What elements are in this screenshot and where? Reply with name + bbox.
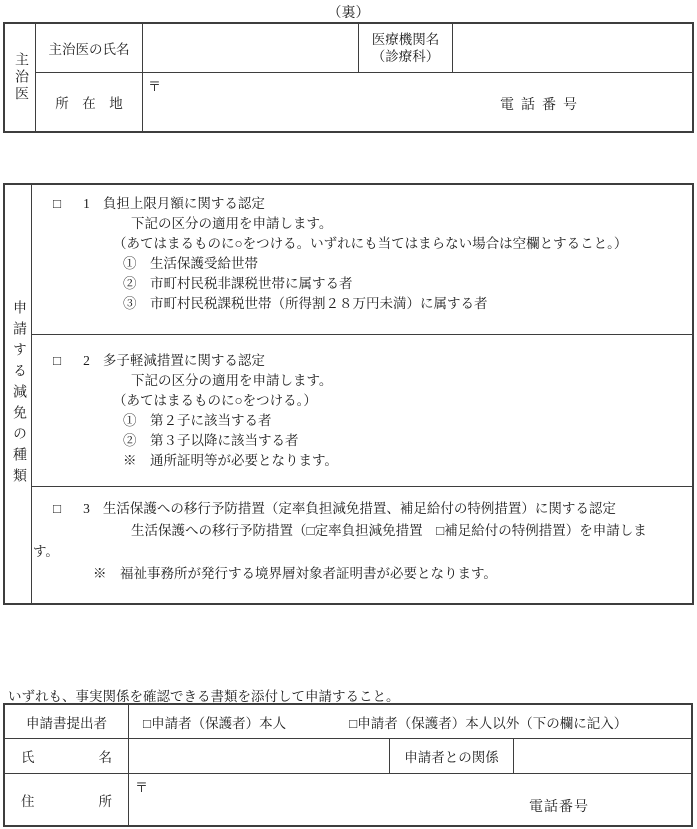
submitter-option-self[interactable]: □申請者（保護者）本人 <box>143 712 286 732</box>
submitter-option-other[interactable]: □申請者（保護者）本人以外（下の欄に記入） <box>349 712 627 732</box>
applicant-phone-label: 電話番号 <box>529 796 589 816</box>
section2-instruction: （あてはまるものに○をつける。） <box>32 391 692 411</box>
applicant-table: 申請書提出者 □申請者（保護者）本人 □申請者（保護者）本人以外（下の欄に記入）… <box>3 703 693 827</box>
section1-instruction: （あてはまるものに○をつける。いずれにも当てはまらない場合は空欄とすること。） <box>32 234 692 254</box>
applicant-address-row: 住 所 〒 電話番号 <box>5 774 691 825</box>
section3-number: 3 <box>83 498 90 520</box>
section3-note: ※ 福祉事務所が発行する境界層対象者証明書が必要となります。 <box>32 563 692 585</box>
section3-checkbox[interactable]: □ <box>53 498 61 520</box>
section1-item-3[interactable]: ③ 市町村民税課税世帯（所得割２８万円未満）に属する者 <box>32 294 692 314</box>
section2-heading: □2多子軽減措置に関する認定 <box>32 351 692 371</box>
page-title: （裏） <box>0 2 697 22</box>
submitter-row: 申請書提出者 □申請者（保護者）本人 □申請者（保護者）本人以外（下の欄に記入） <box>5 705 691 739</box>
doctor-name-label: 主治医の氏名 <box>36 24 143 72</box>
section1-item-2[interactable]: ② 市町村民税非課税世帯に属する者 <box>32 274 692 294</box>
section2-subtitle: 下記の区分の適用を申請します。 <box>32 371 692 391</box>
exemption-row-label: 申請する減免の種類 <box>5 185 32 603</box>
doctor-address-label: 所 在 地 <box>36 73 143 131</box>
doctor-name-field[interactable] <box>143 24 359 72</box>
applicant-name-field[interactable] <box>129 739 390 773</box>
institution-label-line2: （診療科） <box>372 48 440 65</box>
doctor-phone-label: 電話番号 <box>500 94 584 114</box>
exemption-section-3: □3生活保護への移行予防措置（定率負担減免措置、補足給付の特例措置）に関する認定… <box>32 487 692 603</box>
postal-mark-icon: 〒 <box>148 76 161 95</box>
section1-heading: □1負担上限月額に関する認定 <box>32 194 692 214</box>
exemption-section-2: □2多子軽減措置に関する認定 下記の区分の適用を申請します。 （あてはまるものに… <box>32 335 692 487</box>
address-label-right: 所 <box>99 790 113 810</box>
section2-item-1[interactable]: ① 第２子に該当する者 <box>32 411 692 431</box>
applicant-address-field[interactable]: 〒 電話番号 <box>129 774 691 825</box>
doctor-row-label: 主治医 <box>5 24 36 131</box>
section3-heading: □3生活保護への移行予防措置（定率負担減免措置、補足給付の特例措置）に関する認定 <box>32 498 692 520</box>
name-label-left: 氏 <box>21 746 35 766</box>
exemption-section-1: □1負担上限月額に関する認定 下記の区分の適用を申請します。 （あてはまるものに… <box>32 185 692 335</box>
institution-label: 医療機関名 （診療科） <box>359 24 453 72</box>
relation-field[interactable] <box>514 739 691 773</box>
institution-name-field[interactable] <box>453 24 692 72</box>
applicant-name-label: 氏 名 <box>5 739 129 773</box>
doctor-address-field[interactable]: 〒 電話番号 <box>143 73 692 131</box>
address-label-left: 住 <box>21 790 35 810</box>
postal-mark-icon: 〒 <box>135 777 148 796</box>
applicant-address-label: 住 所 <box>5 774 129 825</box>
exemption-type-table: 申請する減免の種類 □1負担上限月額に関する認定 下記の区分の適用を申請します。… <box>3 183 694 605</box>
form-back-page: （裏） 主治医 主治医の氏名 医療機関名 （診療科） 所 在 地 〒 電話番号 <box>0 0 697 829</box>
section3-body-line1[interactable]: 生活保護への移行予防措置（□定率負担減免措置 □補足給付の特例措置）を申請しま <box>32 520 692 542</box>
section2-number: 2 <box>83 351 90 371</box>
doctor-row-1: 主治医の氏名 医療機関名 （診療科） <box>36 24 692 73</box>
section1-subtitle: 下記の区分の適用を申請します。 <box>32 214 692 234</box>
section1-item-1[interactable]: ① 生活保護受給世帯 <box>32 254 692 274</box>
section3-title: 生活保護への移行予防措置（定率負担減免措置、補足給付の特例措置）に関する認定 <box>103 501 616 516</box>
section3-body-line2: す。 <box>32 541 692 563</box>
relation-label: 申請者との関係 <box>390 739 514 773</box>
section2-title: 多子軽減措置に関する認定 <box>103 353 265 368</box>
institution-label-line1: 医療機関名 <box>372 31 440 48</box>
submitter-options: □申請者（保護者）本人 □申請者（保護者）本人以外（下の欄に記入） <box>129 705 691 738</box>
section2-item-2[interactable]: ② 第３子以降に該当する者 <box>32 431 692 451</box>
applicant-name-row: 氏 名 申請者との関係 <box>5 739 691 774</box>
doctor-table: 主治医 主治医の氏名 医療機関名 （診療科） 所 在 地 〒 電話番号 <box>3 22 694 133</box>
section1-number: 1 <box>83 194 90 214</box>
attachment-note: いずれも、事実関係を確認できる書類を添付して申請すること。 <box>8 685 400 705</box>
name-label-right: 名 <box>99 746 113 766</box>
section2-checkbox[interactable]: □ <box>53 351 61 371</box>
section1-title: 負担上限月額に関する認定 <box>103 196 265 211</box>
section2-note: ※ 通所証明等が必要となります。 <box>32 451 692 471</box>
doctor-row-2: 所 在 地 〒 電話番号 <box>36 73 692 131</box>
submitter-label: 申請書提出者 <box>5 705 129 738</box>
section1-checkbox[interactable]: □ <box>53 194 61 214</box>
